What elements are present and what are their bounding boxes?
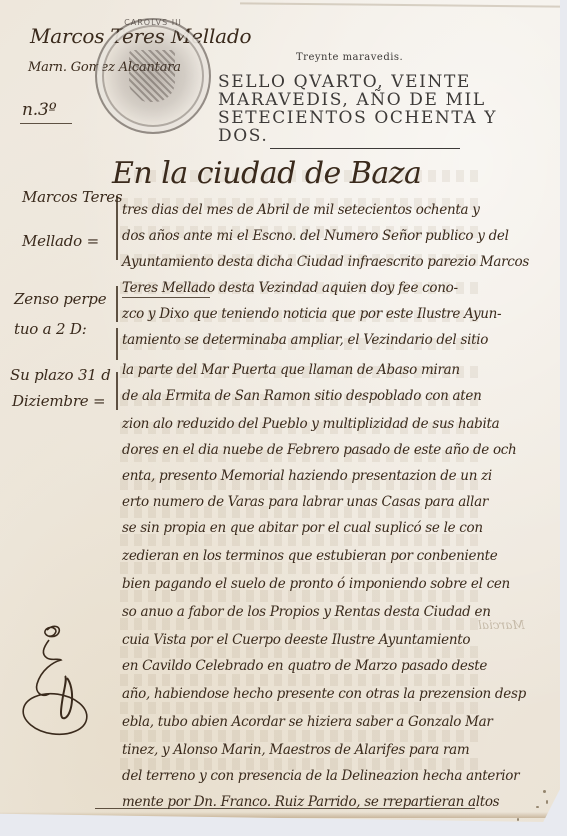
folio-number: n.3º <box>22 100 56 120</box>
margin-note: Mellado = <box>22 232 99 250</box>
margin-note: Diziembre = <box>12 392 105 410</box>
margin-bracket <box>116 196 118 260</box>
margin-bracket <box>116 372 118 410</box>
seal-inscription: CAROLVS III <box>97 18 209 27</box>
body-line: enta, presento Memorial haziendo present… <box>122 468 492 484</box>
bleed-through-note: Marcial <box>478 618 525 632</box>
royal-seal-stamp: CAROLVS III <box>95 18 211 134</box>
name-underline <box>122 297 210 298</box>
body-line: se sin propia en que abitar por el cual … <box>122 520 483 536</box>
foxing-spot <box>546 800 548 804</box>
body-line: Ayuntamiento desta dicha Ciudad infraesc… <box>122 254 529 270</box>
foxing-spot <box>517 818 519 821</box>
body-line: bien pagando el suelo de pronto ó imponi… <box>122 576 510 592</box>
margin-bracket <box>116 286 118 322</box>
body-line: so anuo a fabor de los Propios y Rentas … <box>122 604 491 620</box>
margin-note: Su plazo 31 d <box>10 366 111 384</box>
rubric-flourish-icon <box>15 618 90 753</box>
body-line: año, habiendose hecho presente con otras… <box>122 686 526 702</box>
body-line: zco y Dixo que teniendo noticia que por … <box>122 306 501 322</box>
body-line: Teres Mellado desta Vezindad aquien doy … <box>122 280 458 296</box>
body-line: dos años ante mi el Escno. del Numero Se… <box>122 228 509 244</box>
body-line: ebla, tubo abien Acordar se hiziera sabe… <box>122 714 493 730</box>
body-line: cuia Vista por el Cuerpo deeste Ilustre … <box>122 632 470 648</box>
foxing-spot <box>543 790 546 793</box>
stamp-rule <box>270 148 460 149</box>
stamp-line-2: MARAVEDIS, AÑO DE MIL <box>218 92 486 109</box>
body-line: de ala Ermita de San Ramon sitio despobl… <box>122 388 482 404</box>
foxing-spot <box>536 806 539 808</box>
margin-note: Marcos Teres <box>22 188 122 206</box>
body-line: dores en el dia nuebe de Febrero pasado … <box>122 442 516 458</box>
body-line: en Cavildo Celebrado en quatro de Marzo … <box>122 658 487 674</box>
margin-note: tuo a 2 D: <box>14 320 87 338</box>
coat-of-arms-icon <box>129 50 175 102</box>
body-line: tinez, y Alonso Marin, Maestros de Alari… <box>122 742 469 758</box>
stamp-line-1: SELLO QVARTO, VEINTE <box>218 74 471 91</box>
margin-bracket <box>116 328 118 360</box>
folio-underline <box>20 123 72 124</box>
margin-note: Zenso perpe <box>14 290 106 308</box>
document-heading: En la ciudad de Baza <box>112 156 421 191</box>
closing-rule <box>95 808 475 809</box>
body-line: tres dias del mes de Abril de mil seteci… <box>122 202 480 218</box>
body-line: erto numero de Varas para labrar unas Ca… <box>122 494 488 510</box>
stamp-line-3: SETECIENTOS OCHENTA Y <box>218 110 497 127</box>
paper-bottom-edge <box>0 812 560 818</box>
stamp-line-4: DOS. <box>218 128 268 145</box>
body-line: zion alo reduzido del Pueblo y multipliz… <box>122 416 499 432</box>
paper-top-edge <box>240 2 560 7</box>
body-line: zedieran en los terminos que estubieran … <box>122 548 497 564</box>
body-line: la parte del Mar Puerta que llaman de Ab… <box>122 362 460 378</box>
body-line: del terreno y con presencia de la Deline… <box>122 768 519 784</box>
stamp-value-line: Treynte maravedis. <box>296 52 403 63</box>
body-line: tamiento se determinaba ampliar, el Vezi… <box>122 332 488 348</box>
